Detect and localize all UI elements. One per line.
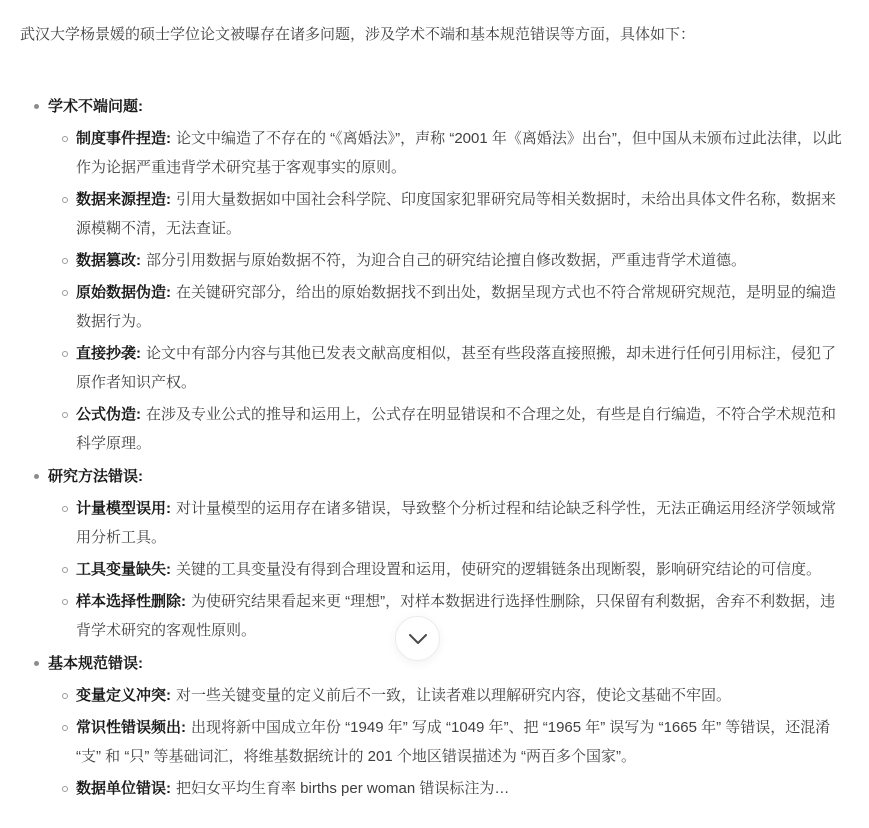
list-item: 变量定义冲突:对一些关键变量的定义前后不一致，让读者难以理解研究内容，使论文基础… <box>20 681 847 710</box>
item-text: 关键的工具变量没有得到合理设置和运用，使研究的逻辑链条出现断裂，影响研究结论的可… <box>176 561 821 578</box>
document-body: 武汉大学杨景媛的硕士学位论文被曝存在诸多问题，涉及学术不端和基本规范错误等方面，… <box>0 0 869 803</box>
item-text: 论文中有部分内容与其他已发表文献高度相似，甚至有些段落直接照搬，却未进行任何引用… <box>76 345 836 391</box>
list-item: 数据篡改:部分引用数据与原始数据不符，为迎合自己的研究结论擅自修改数据，严重违背… <box>20 246 847 275</box>
bullet-circle-icon <box>62 786 68 792</box>
item-label: 计量模型误用: <box>76 500 171 517</box>
bullet-dot-icon <box>34 104 39 109</box>
item-text: 部分引用数据与原始数据不符，为迎合自己的研究结论擅自修改数据，严重违背学术道德。 <box>146 252 746 269</box>
list-item: 计量模型误用:对计量模型的运用存在诸多错误，导致整个分析过程和结论缺乏科学性，无… <box>20 494 847 552</box>
item-text: 为使研究结果看起来更 “理想”，对样本数据进行选择性删除，只保留有利数据，舍弃不… <box>76 593 835 639</box>
bullet-circle-icon <box>62 725 68 731</box>
bullet-circle-icon <box>62 197 68 203</box>
list-item: 数据来源捏造:引用大量数据如中国社会科学院、印度国家犯罪研究局等相关数据时，未给… <box>20 185 847 243</box>
item-text: 把妇女平均生育率 births per woman 错误标注为… <box>176 780 509 797</box>
list-item: 公式伪造:在涉及专业公式的推导和运用上，公式存在明显错误和不合理之处，有些是自行… <box>20 400 847 458</box>
list-item: 制度事件捏造:论文中编造了不存在的 “《离婚法》”，声称 “2001 年《离婚法… <box>20 124 847 182</box>
section-title: 基本规范错误: <box>48 649 847 678</box>
list-item: 常识性错误频出:出现将新中国成立年份 “1949 年” 写成 “1049 年”、… <box>20 713 847 771</box>
section-title: 学术不端问题: <box>48 92 847 121</box>
item-text: 出现将新中国成立年份 “1949 年” 写成 “1049 年”、把 “1965 … <box>76 719 830 765</box>
chevron-down-icon <box>409 634 427 644</box>
item-text: 在关键研究部分，给出的原始数据找不到出处，数据呈现方式也不符合常规研究规范，是明… <box>76 284 836 330</box>
section-heading-row: 学术不端问题: <box>20 92 847 121</box>
item-label: 数据单位错误: <box>76 780 171 797</box>
item-label: 常识性错误频出: <box>76 719 186 736</box>
bullet-circle-icon <box>62 567 68 573</box>
scroll-to-bottom-button[interactable] <box>395 616 440 661</box>
list-item: 工具变量缺失:关键的工具变量没有得到合理设置和运用，使研究的逻辑链条出现断裂，影… <box>20 555 847 584</box>
item-label: 制度事件捏造: <box>76 130 171 147</box>
list-item: 原始数据伪造:在关键研究部分，给出的原始数据找不到出处，数据呈现方式也不符合常规… <box>20 278 847 336</box>
item-text: 对计量模型的运用存在诸多错误，导致整个分析过程和结论缺乏科学性，无法正确运用经济… <box>76 500 836 546</box>
section-academic-misconduct: 学术不端问题: 制度事件捏造:论文中编造了不存在的 “《离婚法》”，声称 “20… <box>20 92 847 458</box>
item-label: 数据篡改: <box>76 252 141 269</box>
item-label: 数据来源捏造: <box>76 191 171 208</box>
bullet-circle-icon <box>62 290 68 296</box>
item-text: 论文中编造了不存在的 “《离婚法》”，声称 “2001 年《离婚法》出台”，但中… <box>76 130 842 176</box>
item-text: 对一些关键变量的定义前后不一致，让读者难以理解研究内容，使论文基础不牢固。 <box>176 687 731 704</box>
bullet-circle-icon <box>62 136 68 142</box>
section-heading-row: 研究方法错误: <box>20 462 847 491</box>
bullet-circle-icon <box>62 412 68 418</box>
bullet-circle-icon <box>62 599 68 605</box>
section-title: 研究方法错误: <box>48 462 847 491</box>
bullet-circle-icon <box>62 506 68 512</box>
item-label: 变量定义冲突: <box>76 687 171 704</box>
bullet-circle-icon <box>62 351 68 357</box>
item-text: 在涉及专业公式的推导和运用上，公式存在明显错误和不合理之处，有些是自行编造，不符… <box>76 406 836 452</box>
item-label: 工具变量缺失: <box>76 561 171 578</box>
item-label: 公式伪造: <box>76 406 141 423</box>
item-label: 原始数据伪造: <box>76 284 171 301</box>
bullet-circle-icon <box>62 693 68 699</box>
item-label: 直接抄袭: <box>76 345 141 362</box>
bullet-dot-icon <box>34 474 39 479</box>
intro-paragraph: 武汉大学杨景媛的硕士学位论文被曝存在诸多问题，涉及学术不端和基本规范错误等方面，… <box>20 24 847 46</box>
item-label: 样本选择性删除: <box>76 593 186 610</box>
section-methodology-errors: 研究方法错误: 计量模型误用:对计量模型的运用存在诸多错误，导致整个分析过程和结… <box>20 462 847 645</box>
item-text: 引用大量数据如中国社会科学院、印度国家犯罪研究局等相关数据时，未给出具体文件名称… <box>76 191 836 237</box>
bullet-circle-icon <box>62 258 68 264</box>
list-item: 直接抄袭:论文中有部分内容与其他已发表文献高度相似，甚至有些段落直接照搬，却未进… <box>20 339 847 397</box>
section-basic-norm-errors: 基本规范错误: 变量定义冲突:对一些关键变量的定义前后不一致，让读者难以理解研究… <box>20 649 847 803</box>
bullet-dot-icon <box>34 661 39 666</box>
list-item: 数据单位错误:把妇女平均生育率 births per woman 错误标注为… <box>20 774 847 803</box>
